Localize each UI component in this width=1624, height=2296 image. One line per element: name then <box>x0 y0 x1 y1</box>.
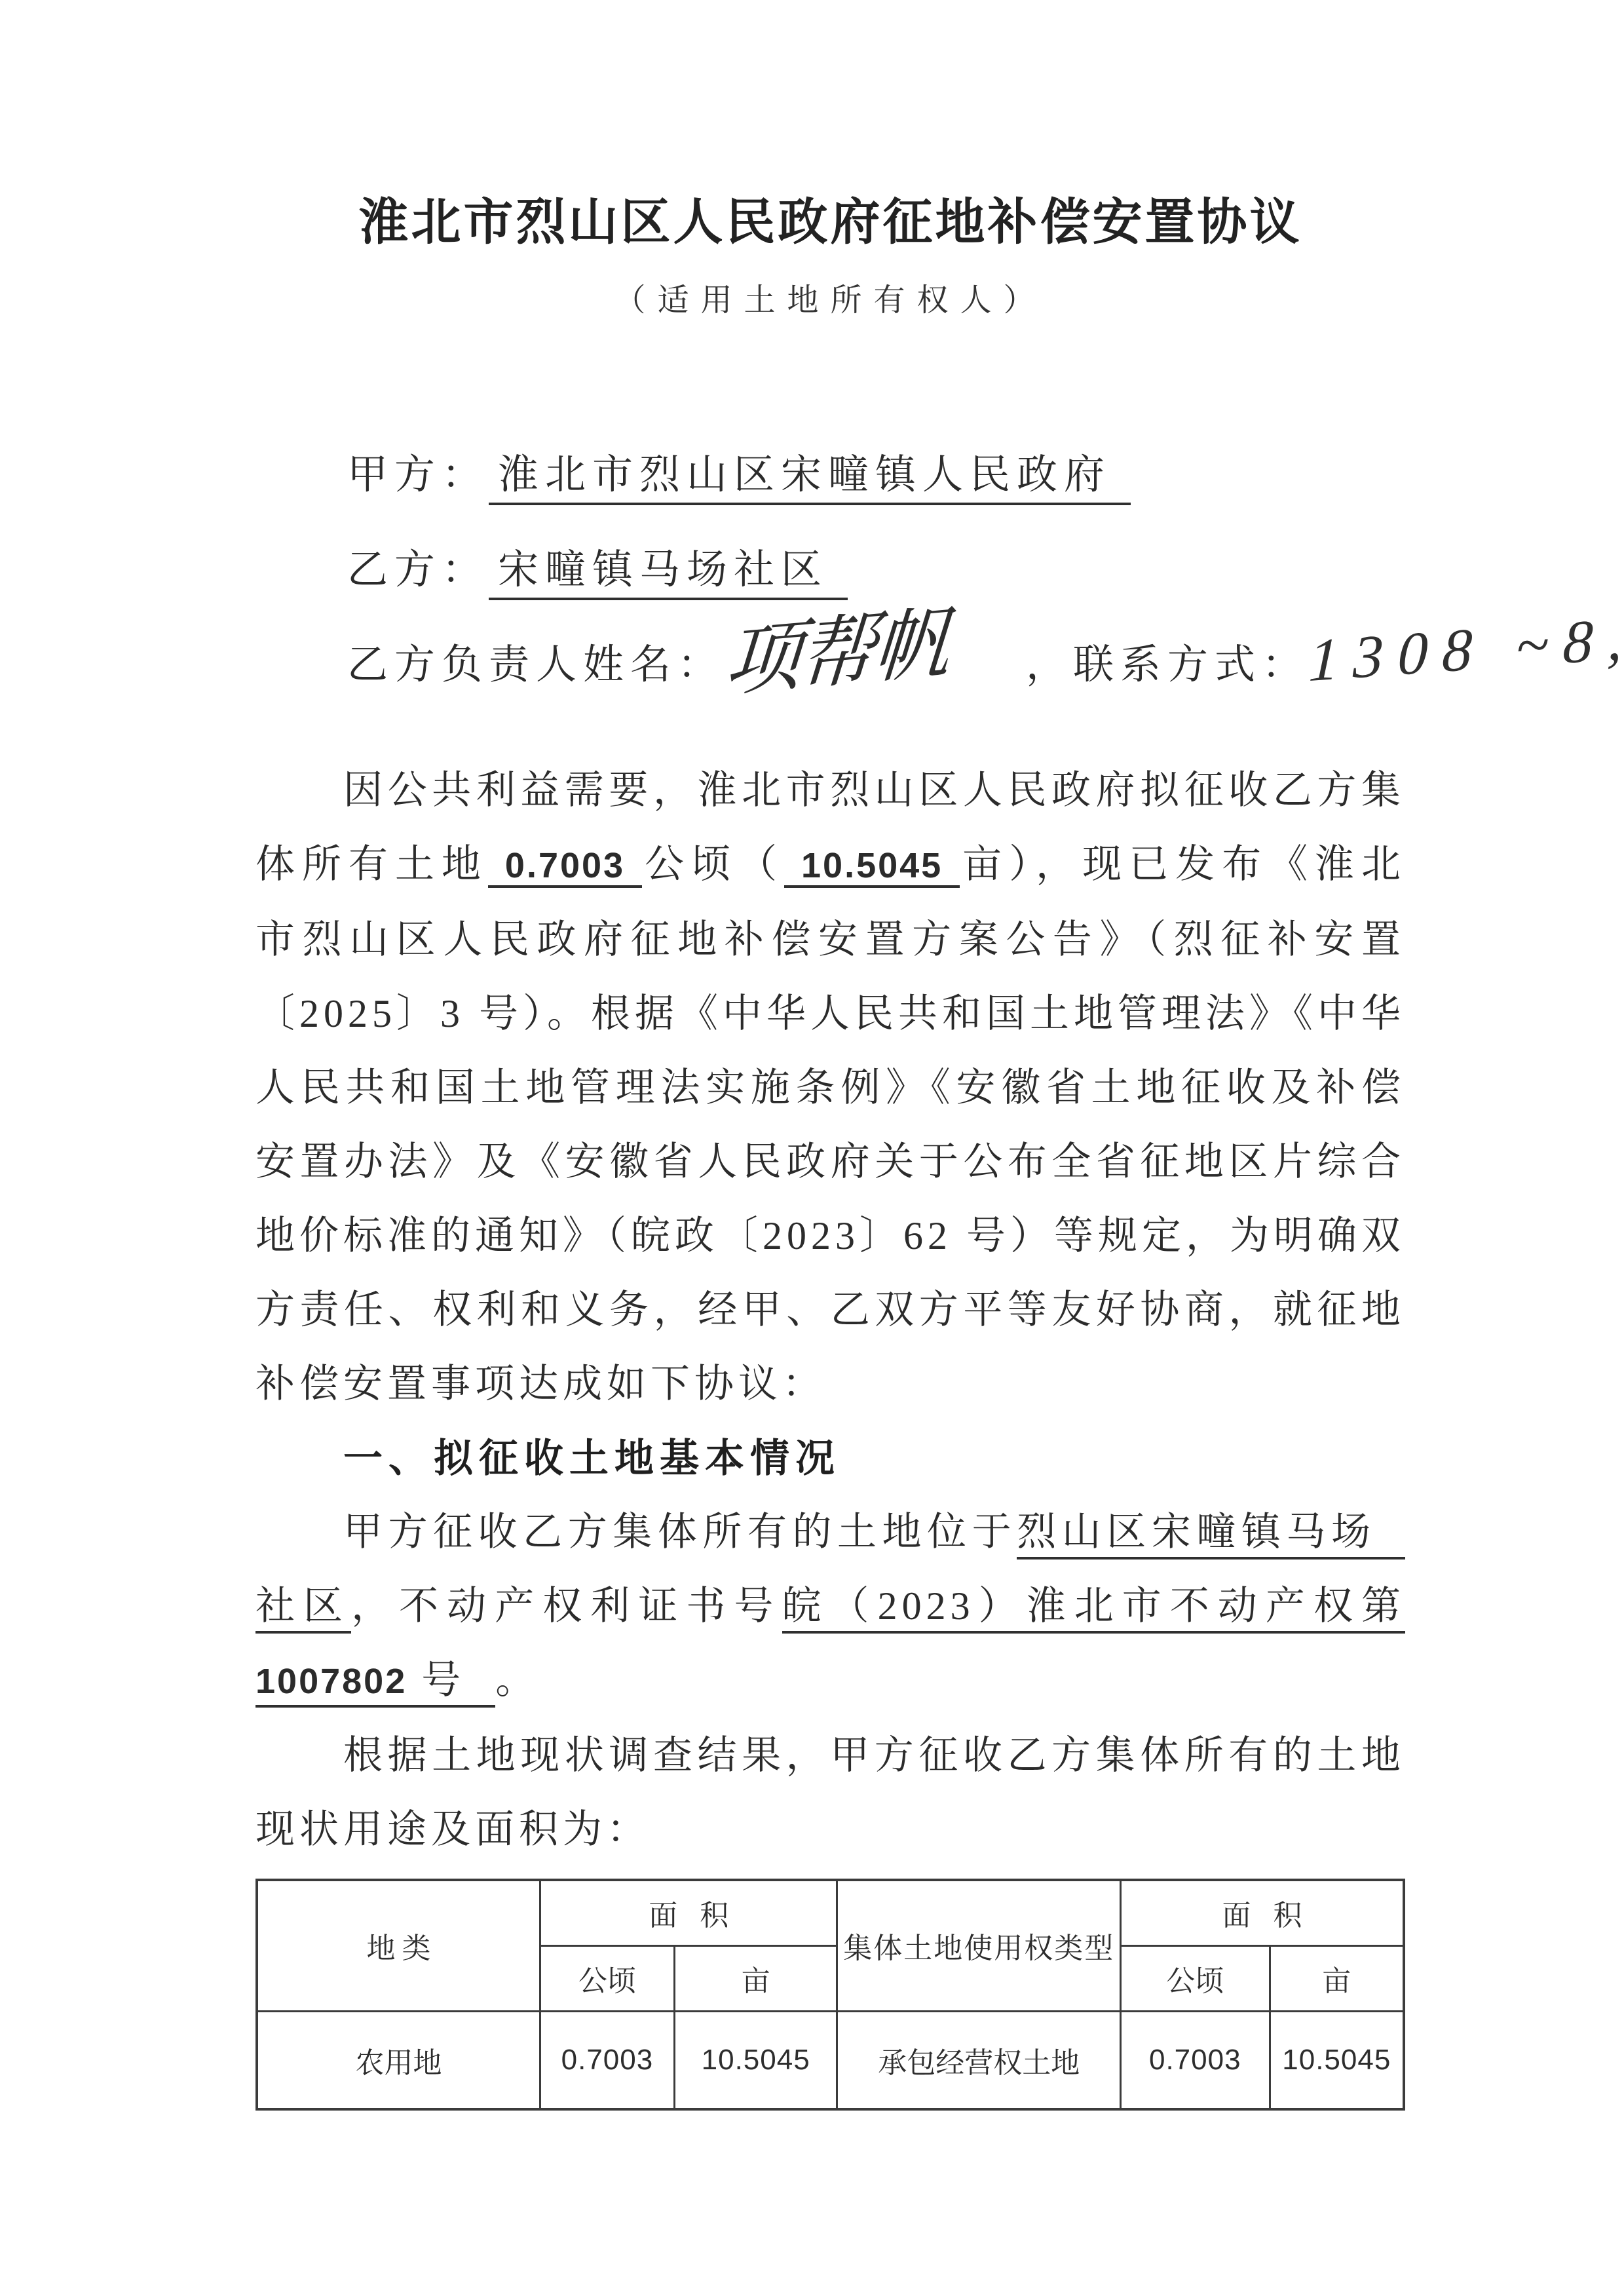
para-line-11: 社区，不动产权利证书号皖（2023）淮北市不动产权第 <box>255 1569 1405 1643</box>
parties-block: 甲方：淮北市烈山区宋疃镇人民政府 乙方：宋疃镇马场社区 乙方负责人姓名：项帮帆，… <box>255 442 1405 698</box>
cell-area-mu: 10.5045 <box>674 2011 837 2109</box>
party-b-rep-line: 乙方负责人姓名：项帮帆，联系方式：1308 ~8, '6 <box>347 632 1405 698</box>
header-usage-right-type: 集体土地使用权类型 <box>837 1880 1120 2011</box>
heading-text: 一、拟征收土地基本情况 <box>343 1436 840 1480</box>
para-line-4: 〔2025〕3 号）。根据《中华人民共和国土地管理法》《中华 <box>255 977 1405 1051</box>
party-a-value: 淮北市烈山区宋疃镇人民政府 <box>489 453 1131 505</box>
header-hectare-right: 公顷 <box>1120 1945 1270 2011</box>
body-text: ，不动产权利证书号 <box>351 1584 782 1628</box>
contact-label: ，联系方式： <box>1026 643 1309 687</box>
body-text: 市烈山区人民政府征地补偿安置方案公告》（烈征补安置 <box>255 918 1405 961</box>
body-text: 公顷（ <box>642 843 784 886</box>
cell-area-hectare: 0.7003 <box>540 2011 674 2109</box>
land-status-table: 地类 面积 集体土地使用权类型 面积 公顷 亩 公顷 亩 农用地 0.7003 … <box>255 1879 1405 2111</box>
para-line-2: 体所有土地0.7003公顷（10.5045亩），现已发布《淮北 <box>255 828 1405 903</box>
header-area-left: 面积 <box>540 1880 837 1945</box>
section-heading-1: 一、拟征收土地基本情况 <box>255 1421 1405 1495</box>
body-text: 补偿安置事项达成如下协议： <box>255 1362 826 1406</box>
header-hectare-left: 公顷 <box>540 1945 674 2011</box>
header-mu-right: 亩 <box>1270 1945 1404 2011</box>
header-land-type: 地类 <box>257 1880 540 2011</box>
body-text: 亩），现已发布《淮北 <box>960 843 1405 886</box>
para-line-3: 市烈山区人民政府征地补偿安置方案公告》（烈征补安置 <box>255 903 1405 977</box>
document-title: 淮北市烈山区人民政府征地补偿安置协议 <box>255 191 1405 254</box>
document-content: 淮北市烈山区人民政府征地补偿安置协议 （适用土地所有权人） 甲方：淮北市烈山区宋… <box>255 0 1405 2111</box>
scanned-document-page: 淮北市烈山区人民政府征地补偿安置协议 （适用土地所有权人） 甲方：淮北市烈山区宋… <box>0 0 1624 2296</box>
certificate-number-cont: 1007802 号 <box>255 1658 495 1708</box>
land-location-value-cont: 社区 <box>255 1584 351 1634</box>
para-line-5: 人民共和国土地管理法实施条例》《安徽省土地征收及补偿 <box>255 1051 1405 1125</box>
para-line-9: 补偿安置事项达成如下协议： <box>255 1347 1405 1421</box>
certificate-number-unit: 号 <box>421 1658 465 1702</box>
cell-usage-right: 承包经营权土地 <box>837 2011 1120 2109</box>
cell-usage-hectare: 0.7003 <box>1120 2011 1270 2109</box>
body-text: 人民共和国土地管理法实施条例》《安徽省土地征收及补偿 <box>255 1066 1405 1109</box>
area-hectares-value: 0.7003 <box>488 846 642 888</box>
table-row: 农用地 0.7003 10.5045 承包经营权土地 0.7003 10.504… <box>257 2011 1404 2109</box>
para-line-8: 方责任、权利和义务，经甲、乙双方平等友好协商，就征地 <box>255 1273 1405 1347</box>
body-paragraphs: 因公共利益需要，淮北市烈山区人民政府拟征收乙方集 体所有土地0.7003公顷（1… <box>255 754 1405 1867</box>
handwritten-signature: 项帮帆 <box>725 637 1025 663</box>
party-b-value: 宋疃镇马场社区 <box>489 548 848 600</box>
document-subtitle: （适用土地所有权人） <box>255 280 1405 321</box>
certificate-number-digits: 1007802 <box>255 1662 407 1701</box>
para-line-12: 1007802 号。 <box>255 1643 1405 1719</box>
para-line-13: 根据土地现状调查结果，甲方征收乙方集体所有的土地 <box>255 1719 1405 1793</box>
para-line-1: 因公共利益需要，淮北市烈山区人民政府拟征收乙方集 <box>255 754 1405 828</box>
party-b-line: 乙方：宋疃镇马场社区 <box>347 537 1405 603</box>
handwritten-phone: 1308 ~8, '6 <box>1309 630 1624 660</box>
body-text: 〔2025〕3 号）。根据《中华人民共和国土地管理法》《中华 <box>255 992 1405 1035</box>
body-text: 甲方征收乙方集体所有的土地位于 <box>343 1510 1017 1554</box>
body-text: 现状用途及面积为： <box>255 1808 651 1851</box>
para-line-6: 安置办法》及《安徽省人民政府关于公布全省征地区片综合 <box>255 1125 1405 1199</box>
cell-usage-mu: 10.5045 <box>1270 2011 1404 2109</box>
area-mu-value: 10.5045 <box>784 846 960 888</box>
body-text: 方责任、权利和义务，经甲、乙双方平等友好协商，就征地 <box>255 1288 1405 1331</box>
header-mu-left: 亩 <box>674 1945 837 2011</box>
party-b-label: 乙方： <box>347 548 489 592</box>
para-line-14: 现状用途及面积为： <box>255 1793 1405 1867</box>
party-a-label: 甲方： <box>347 453 489 497</box>
body-text: 体所有土地 <box>255 843 488 886</box>
certificate-number-value: 皖（2023）淮北市不动产权第 <box>782 1584 1406 1634</box>
para-line-7: 地价标准的通知》（皖政〔2023〕62 号）等规定，为明确双 <box>255 1199 1405 1273</box>
rep-name-label: 乙方负责人姓名： <box>347 643 725 687</box>
body-text: 根据土地现状调查结果，甲方征收乙方集体所有的土地 <box>343 1734 1405 1777</box>
body-text: 。 <box>495 1658 539 1702</box>
para-line-10: 甲方征收乙方集体所有的土地位于烈山区宋疃镇马场 <box>255 1495 1405 1569</box>
body-text: 安置办法》及《安徽省人民政府关于公布全省征地区片综合 <box>255 1140 1405 1183</box>
land-location-value: 烈山区宋疃镇马场 <box>1017 1510 1405 1559</box>
party-a-line: 甲方：淮北市烈山区宋疃镇人民政府 <box>347 442 1405 508</box>
cell-land-type: 农用地 <box>257 2011 540 2109</box>
header-area-right: 面积 <box>1120 1880 1404 1945</box>
body-text: 地价标准的通知》（皖政〔2023〕62 号）等规定，为明确双 <box>255 1214 1405 1257</box>
body-text: 因公共利益需要，淮北市烈山区人民政府拟征收乙方集 <box>343 769 1405 812</box>
